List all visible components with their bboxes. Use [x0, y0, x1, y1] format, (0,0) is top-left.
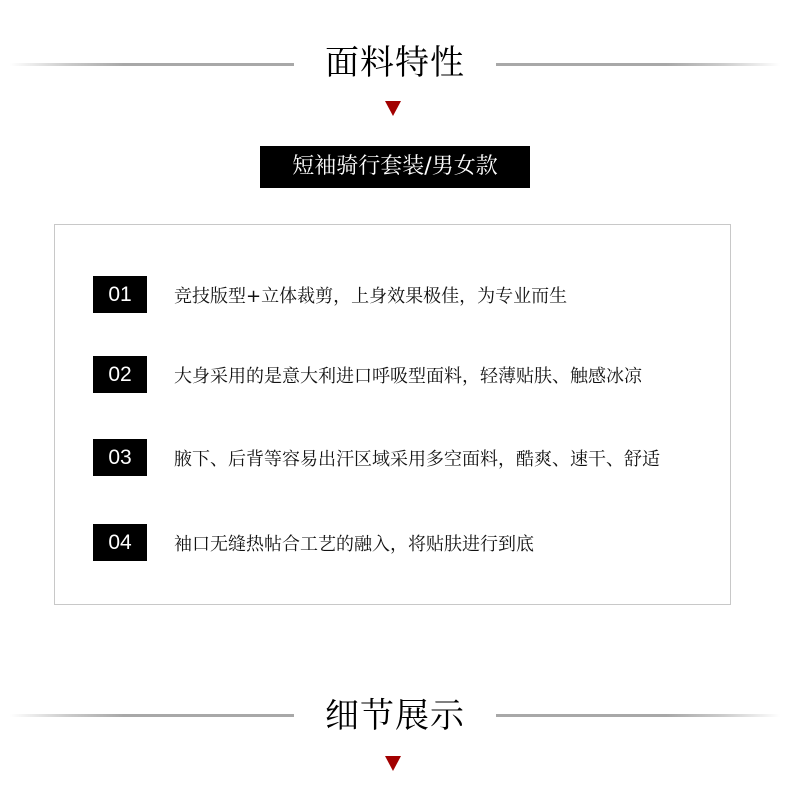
section-header-details: 细节展示	[0, 650, 790, 740]
section-header-fabric: 面料特性	[0, 0, 790, 90]
divider-line-left	[10, 63, 294, 66]
triangle-down-icon	[385, 756, 401, 771]
section-title: 细节展示	[295, 696, 495, 736]
divider-line-right	[496, 714, 780, 717]
feature-item: 04 袖口无缝热帖合工艺的融入，将贴肤进行到底	[93, 524, 534, 561]
feature-text: 腋下、后背等容易出汗区域采用多空面料，酷爽、速干、舒适	[174, 445, 660, 471]
number-badge: 04	[93, 524, 147, 561]
feature-text: 大身采用的是意大利进口呼吸型面料，轻薄贴肤、触感冰凉	[174, 362, 642, 388]
feature-item: 03 腋下、后背等容易出汗区域采用多空面料，酷爽、速干、舒适	[93, 439, 660, 476]
section-title: 面料特性	[295, 43, 495, 83]
divider-line-right	[496, 63, 780, 66]
feature-item: 02 大身采用的是意大利进口呼吸型面料，轻薄贴肤、触感冰凉	[93, 356, 642, 393]
number-badge: 03	[93, 439, 147, 476]
number-badge: 02	[93, 356, 147, 393]
triangle-down-icon	[385, 101, 401, 116]
divider-line-left	[10, 714, 294, 717]
feature-list-box: 01 竞技版型+立体裁剪，上身效果极佳，为专业而生 02 大身采用的是意大利进口…	[54, 224, 731, 605]
feature-text: 袖口无缝热帖合工艺的融入，将贴肤进行到底	[174, 530, 534, 556]
feature-text: 竞技版型+立体裁剪，上身效果极佳，为专业而生	[174, 282, 567, 308]
number-badge: 01	[93, 276, 147, 313]
feature-item: 01 竞技版型+立体裁剪，上身效果极佳，为专业而生	[93, 276, 567, 313]
product-banner: 短袖骑行套装/男女款	[260, 146, 530, 188]
